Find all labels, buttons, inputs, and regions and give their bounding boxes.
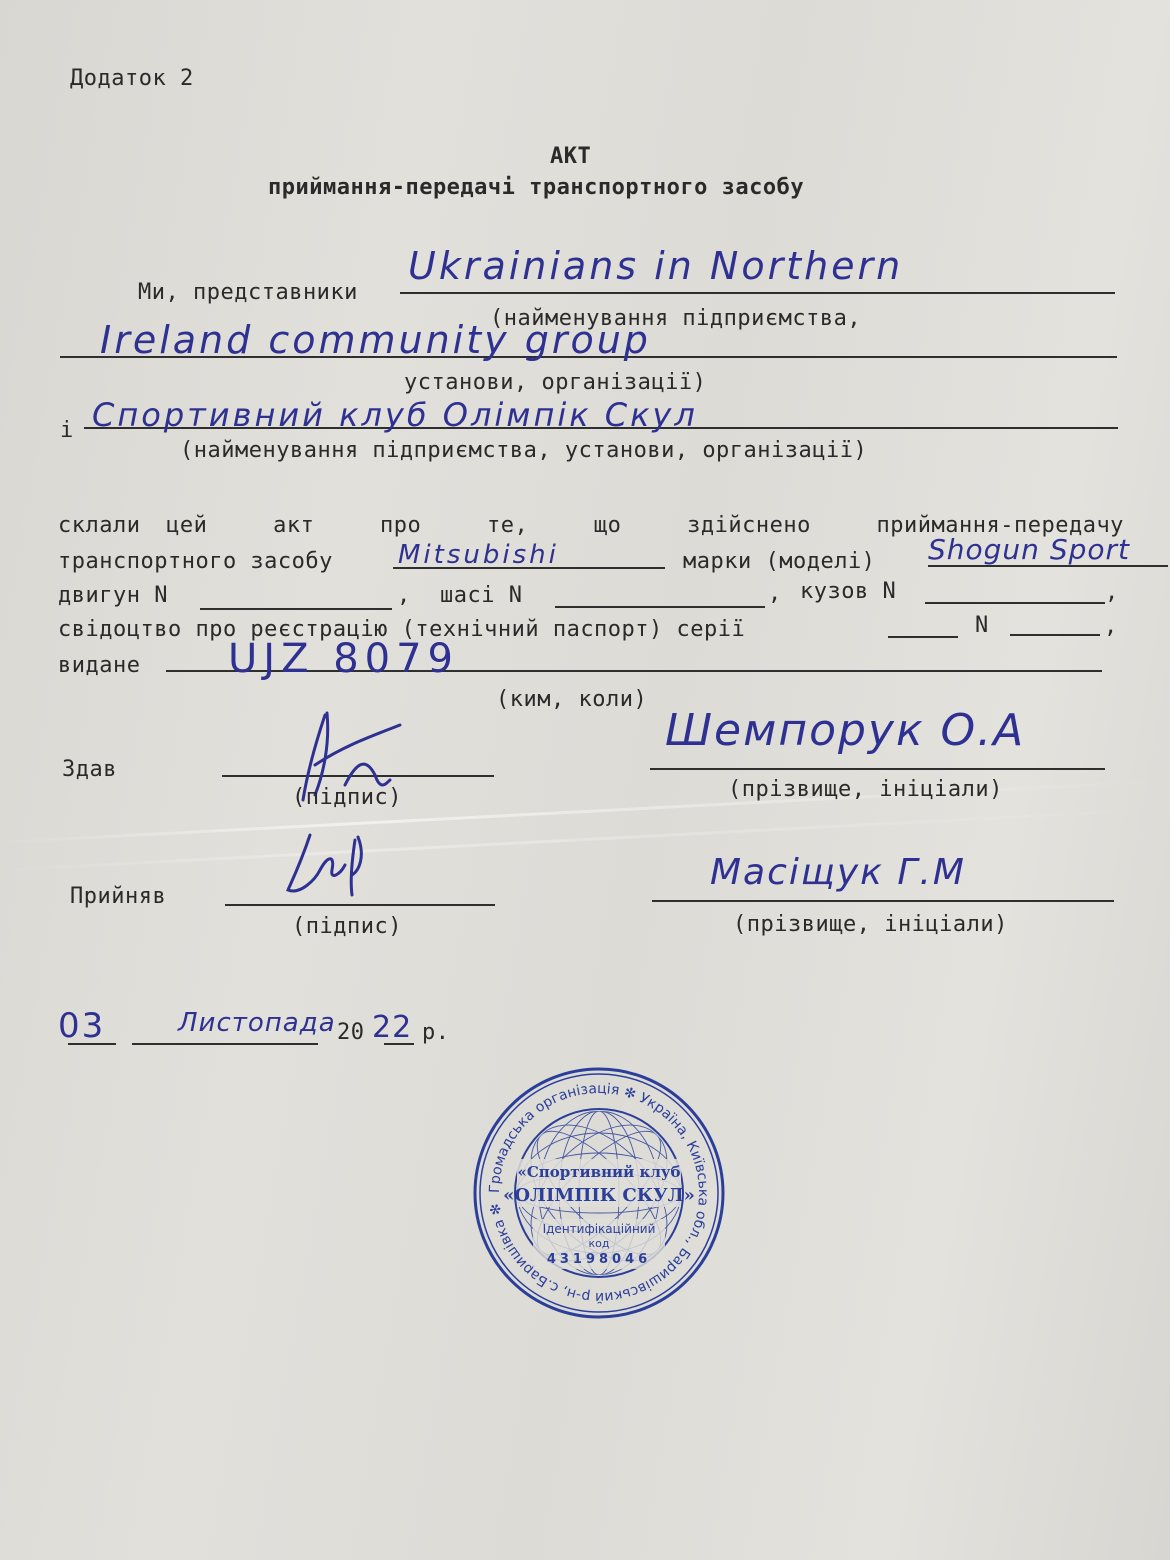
party1-hint-b: установи, організації) [404,370,706,395]
chassis-label: шасі N [440,583,522,608]
stamp-code-label: код [589,1237,610,1250]
stamp-line1: «Спортивний клуб [517,1163,680,1181]
handed-signature-hint: (підпис) [292,785,402,810]
document-title: АКТ [550,144,591,169]
chassis-number-field [555,606,765,608]
party2-name: Спортивний клуб Олімпік Скул [92,396,698,434]
date-year-unit: р. [422,1020,450,1045]
document-subtitle: приймання-передачі транспортного засобу [268,175,804,200]
handed-name-line [650,768,1105,770]
stamp-code: 43198046 [547,1252,651,1267]
model-label: марки (моделі) [683,549,875,574]
word: те, [487,513,528,538]
party1-line1-underline [400,292,1115,294]
date-month: Листопада [178,1008,336,1038]
certificate-number-field [1010,634,1100,636]
date-year-prefix: 20 [337,1020,365,1045]
handed-over-label: Здав [62,757,117,782]
issued-hint: (ким, коли) [496,687,647,712]
issued-value: UJZ 8079 [228,636,459,682]
date-year-suffix: 22 [372,1010,412,1045]
comma: , [397,583,411,608]
received-name-hint: (прізвище, ініціали) [733,912,1008,937]
received-name: Масіщук Г.М [710,852,966,893]
party1-name-line1: Ukrainians in Northern [408,244,903,288]
party1-name-line2: Ireland community group [100,318,651,362]
engine-number-field [200,608,392,610]
word: що [594,513,622,538]
certificate-series-field [888,636,958,638]
conjunction-i: і [60,418,74,443]
date-month-underline [132,1043,318,1045]
received-label: Прийняв [70,884,166,909]
body-label: кузов N [800,579,896,604]
word: склали [58,513,140,538]
received-signature-hint: (підпис) [292,914,402,939]
received-signature [280,825,380,905]
body-number-field [925,602,1105,604]
certificate-number-label: N [975,613,989,638]
stamp-line2: «ОЛІМПІК СКУЛ» [503,1185,695,1206]
handed-name: Шемпорук О.А [665,705,1025,756]
comma: , [768,581,782,606]
parties-intro-label: Ми, представники [138,280,358,305]
issued-label: видане [58,653,140,678]
comma: , [1104,614,1118,639]
word: здійснено [687,513,811,538]
comma: , [1105,580,1119,605]
model-value: Shogun Sport [928,533,1130,566]
word: про [380,513,421,538]
organization-stamp: Громадська організація ✻ Україна, Київсь… [473,1067,725,1319]
received-name-line [652,900,1114,902]
word: цей [166,513,207,538]
date-day: 03 [58,1006,105,1046]
engine-label: двигун N [58,583,168,608]
vehicle-make-value: Mitsubishi [398,540,559,570]
party2-hint: (найменування підприємства, установи, ор… [180,438,867,463]
word: акт [273,513,314,538]
stamp-id-label: Ідентифікаційний [543,1222,656,1236]
vehicle-label: транспортного засобу [58,549,333,574]
handed-name-hint: (прізвище, ініціали) [728,777,1003,802]
appendix-label: Додаток 2 [70,66,194,91]
paper-crease [1,807,1170,871]
